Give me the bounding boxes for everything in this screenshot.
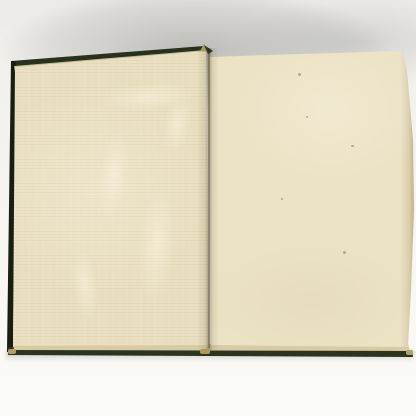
cover-corner-bottom-left xyxy=(8,349,16,355)
foxing-speck xyxy=(351,145,354,147)
foxing-speck xyxy=(281,198,283,200)
spine-fold-bottom xyxy=(200,349,210,354)
foxing-speck xyxy=(298,73,301,76)
photo-open-book xyxy=(0,0,416,416)
gutter-centre-line xyxy=(208,50,210,348)
foxing-speck xyxy=(306,116,308,118)
foxing-speck xyxy=(343,251,346,254)
cover-corner-bottom-right xyxy=(406,350,413,355)
